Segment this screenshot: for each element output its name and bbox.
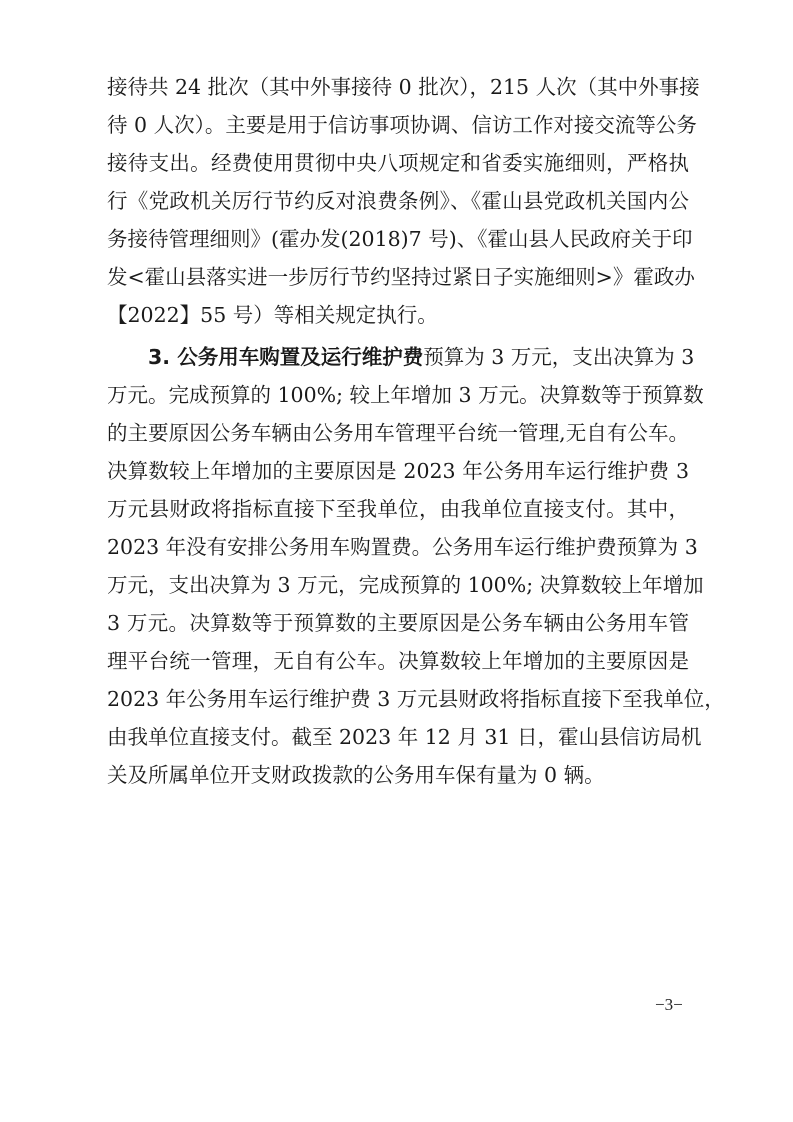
section-heading-line: 3. 公务用车购置及运行维护费预算为 3 万元，支出决算为 3 (148, 342, 689, 372)
paragraph-line: 由我单位直接支付。截至 2023 年 12 月 31 日，霍山县信访局机 (107, 722, 689, 752)
paragraph-line: 发<霍山县落实进一步厉行节约坚持过紧日子实施细则>》霍政办 (107, 262, 689, 292)
paragraph-line: 行《党政机关厉行节约反对浪费条例》、《霍山县党政机关国内公 (107, 186, 689, 216)
page-number: −3− (655, 995, 683, 1015)
paragraph-line: 理平台统一管理，无自有公车。决算数较上年增加的主要原因是 (107, 646, 689, 676)
document-page: 接待共 24 批次（其中外事接待 0 批次），215 人次（其中外事接 待 0 … (0, 0, 793, 1122)
paragraph-line: 【2022】55 号）等相关规定执行。 (107, 300, 689, 330)
paragraph-line: 2023 年没有安排公务用车购置费。公务用车运行维护费预算为 3 (107, 532, 689, 562)
section-heading-rest: 预算为 3 万元，支出决算为 3 (423, 345, 694, 369)
paragraph-line: 务接待管理细则》(霍办发(2018)7 号)、《霍山县人民政府关于印 (107, 224, 689, 254)
paragraph-line: 的主要原因公务车辆由公务用车管理平台统一管理,无自有公车。 (107, 418, 689, 448)
paragraph-line: 决算数较上年增加的主要原因是 2023 年公务用车运行维护费 3 (107, 456, 689, 486)
section-heading: 3. 公务用车购置及运行维护费 (148, 345, 423, 369)
paragraph-line: 接待支出。经费使用贯彻中央八项规定和省委实施细则，严格执 (107, 148, 689, 178)
paragraph-line: 万元。完成预算的 100%; 较上年增加 3 万元。决算数等于预算数 (107, 380, 689, 410)
paragraph-line: 接待共 24 批次（其中外事接待 0 批次），215 人次（其中外事接 (107, 72, 689, 102)
paragraph-line: 万元县财政将指标直接下至我单位，由我单位直接支付。其中， (107, 494, 689, 524)
paragraph-line: 待 0 人次）。主要是用于信访事项协调、信访工作对接交流等公务 (107, 110, 689, 140)
paragraph-line: 万元，支出决算为 3 万元，完成预算的 100%; 决算数较上年增加 (107, 570, 689, 600)
paragraph-line: 2023 年公务用车运行维护费 3 万元县财政将指标直接下至我单位， (107, 684, 689, 714)
paragraph-line: 关及所属单位开支财政拨款的公务用车保有量为 0 辆。 (107, 760, 689, 790)
paragraph-line: 3 万元。决算数等于预算数的主要原因是公务车辆由公务用车管 (107, 608, 689, 638)
